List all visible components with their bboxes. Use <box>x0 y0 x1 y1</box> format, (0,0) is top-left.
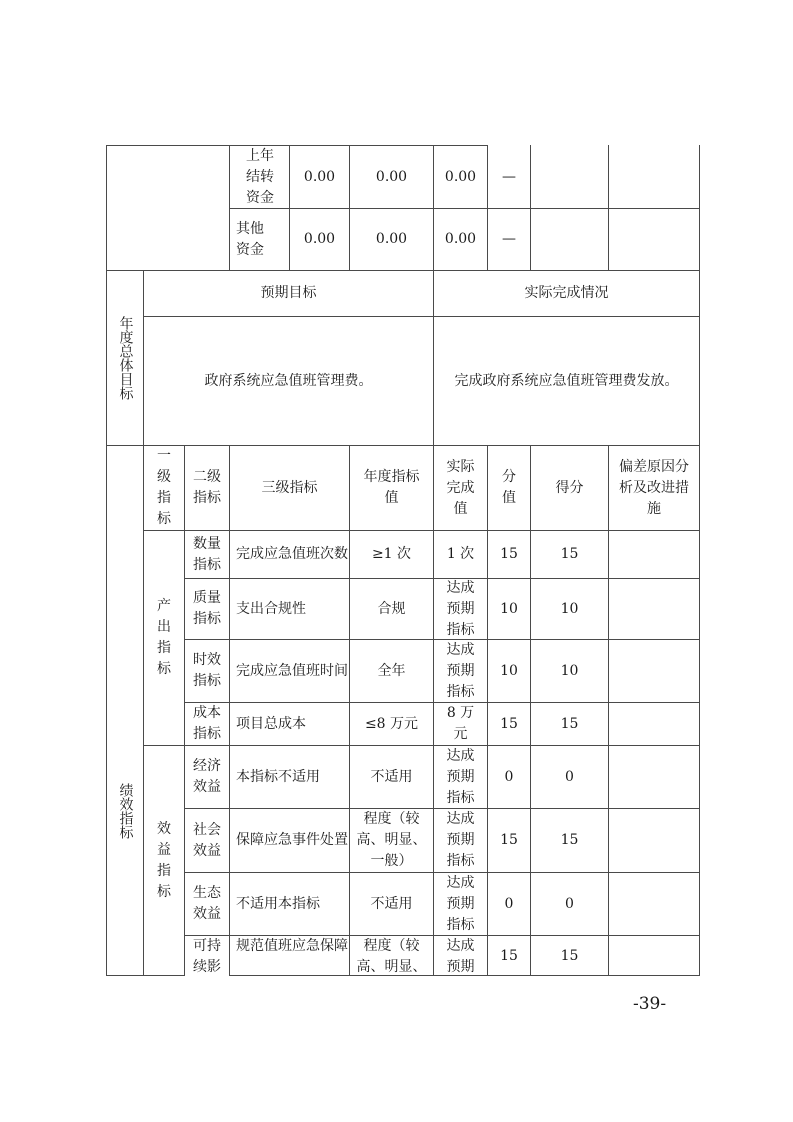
level3-cell: 不适用本指标 <box>230 873 349 935</box>
level3-cell: 完成应急值班时间 <box>230 640 349 702</box>
level1-benefit: 效益指标 <box>144 746 184 975</box>
score-cell: 0 <box>531 873 608 935</box>
deviation-cell <box>609 703 699 745</box>
funding-value: 0.00 <box>290 209 349 270</box>
expected-goal-header: 预期目标 <box>144 271 433 316</box>
funding-value: 0.00 <box>434 146 487 208</box>
actual-value-cell: 8 万元 <box>434 703 487 745</box>
level2-cell: 可持续影 <box>185 936 229 976</box>
actual-value-cell: 达成预期 <box>434 936 487 976</box>
deviation-cell <box>609 640 699 702</box>
funding-value: 0.00 <box>350 209 433 270</box>
actual-completion-text: 完成政府系统应急值班管理费发放。 <box>434 317 699 445</box>
level3-cell: 完成应急值班次数 <box>230 531 349 578</box>
header-deviation: 偏差原因分析及改进措施 <box>609 446 699 530</box>
annual-value-cell: 程度（较高、明显、 <box>350 936 433 976</box>
annual-value-cell: 程度（较高、明显、一般） <box>350 809 433 872</box>
annual-value-cell: 合规 <box>350 579 433 639</box>
header-level1: 一级指标 <box>144 446 184 530</box>
level3-cell: 保障应急事件处置 <box>230 809 349 872</box>
deviation-cell <box>609 936 699 976</box>
deviation-cell <box>609 809 699 872</box>
score-cell: 15 <box>531 703 608 745</box>
actual-value-cell: 达成预期指标 <box>434 809 487 872</box>
level1-output: 产出指标 <box>144 531 184 745</box>
annual-value-cell: 不适用 <box>350 873 433 935</box>
annual-value-cell: ≥1 次 <box>350 531 433 578</box>
funding-source-label: 其他资金 <box>230 209 289 270</box>
level3-cell: 规范值班应急保障 <box>230 936 349 976</box>
actual-value-cell: 1 次 <box>434 531 487 578</box>
score-cell: 0 <box>531 746 608 808</box>
level2-cell: 生态效益 <box>185 873 229 935</box>
actual-completion-header: 实际完成情况 <box>434 271 699 316</box>
weight-cell: 0 <box>488 746 530 808</box>
annual-value-cell: ≤8 万元 <box>350 703 433 745</box>
header-level3: 三级指标 <box>230 446 349 530</box>
header-actual-value: 实际完成值 <box>434 446 487 530</box>
funding-dash: — <box>488 146 530 208</box>
weight-cell: 15 <box>488 703 530 745</box>
document-page: 上年结转资金 0.00 0.00 0.00 — 其他资金 0.00 0.00 0… <box>0 0 793 1122</box>
weight-cell: 0 <box>488 873 530 935</box>
performance-label: 绩效指标 <box>107 446 143 975</box>
weight-cell: 15 <box>488 809 530 872</box>
deviation-cell <box>609 746 699 808</box>
actual-value-cell: 达成预期指标 <box>434 640 487 702</box>
level2-cell: 时效指标 <box>185 640 229 702</box>
deviation-cell <box>609 531 699 578</box>
weight-cell: 10 <box>488 640 530 702</box>
level2-cell: 质量指标 <box>185 579 229 639</box>
header-score: 得分 <box>531 446 608 530</box>
funding-value: 0.00 <box>290 146 349 208</box>
header-weight: 分值 <box>488 446 530 530</box>
table-border <box>106 975 185 976</box>
annual-value-cell: 不适用 <box>350 746 433 808</box>
performance-label-text: 绩效指标 <box>115 783 136 839</box>
level2-cell: 数量指标 <box>185 531 229 578</box>
weight-cell: 15 <box>488 936 530 976</box>
deviation-cell <box>609 579 699 639</box>
deviation-cell <box>609 873 699 935</box>
annual-goal-label-text: 年度总体目标 <box>115 316 136 400</box>
score-cell: 15 <box>531 531 608 578</box>
level3-cell: 支出合规性 <box>230 579 349 639</box>
level2-cell: 经济效益 <box>185 746 229 808</box>
score-cell: 15 <box>531 936 608 976</box>
funding-value: 0.00 <box>350 146 433 208</box>
funding-value: 0.00 <box>434 209 487 270</box>
weight-cell: 10 <box>488 579 530 639</box>
annual-goal-label: 年度总体目标 <box>107 271 143 445</box>
page-number: -39- <box>633 994 666 1014</box>
header-level2: 二级指标 <box>185 446 229 530</box>
actual-value-cell: 达成预期指标 <box>434 873 487 935</box>
actual-value-cell: 达成预期指标 <box>434 579 487 639</box>
header-annual-value: 年度指标值 <box>350 446 433 530</box>
score-cell: 10 <box>531 640 608 702</box>
level3-cell: 本指标不适用 <box>230 746 349 808</box>
annual-value-cell: 全年 <box>350 640 433 702</box>
funding-source-label: 上年结转资金 <box>232 146 288 208</box>
level2-cell: 社会效益 <box>185 809 229 872</box>
expected-goal-text: 政府系统应急值班管理费。 <box>144 317 433 445</box>
actual-value-cell: 达成预期指标 <box>434 746 487 808</box>
funding-dash: — <box>488 209 530 270</box>
level3-cell: 项目总成本 <box>230 703 349 745</box>
score-cell: 15 <box>531 809 608 872</box>
score-cell: 10 <box>531 579 608 639</box>
weight-cell: 15 <box>488 531 530 578</box>
level2-cell: 成本指标 <box>185 703 229 745</box>
